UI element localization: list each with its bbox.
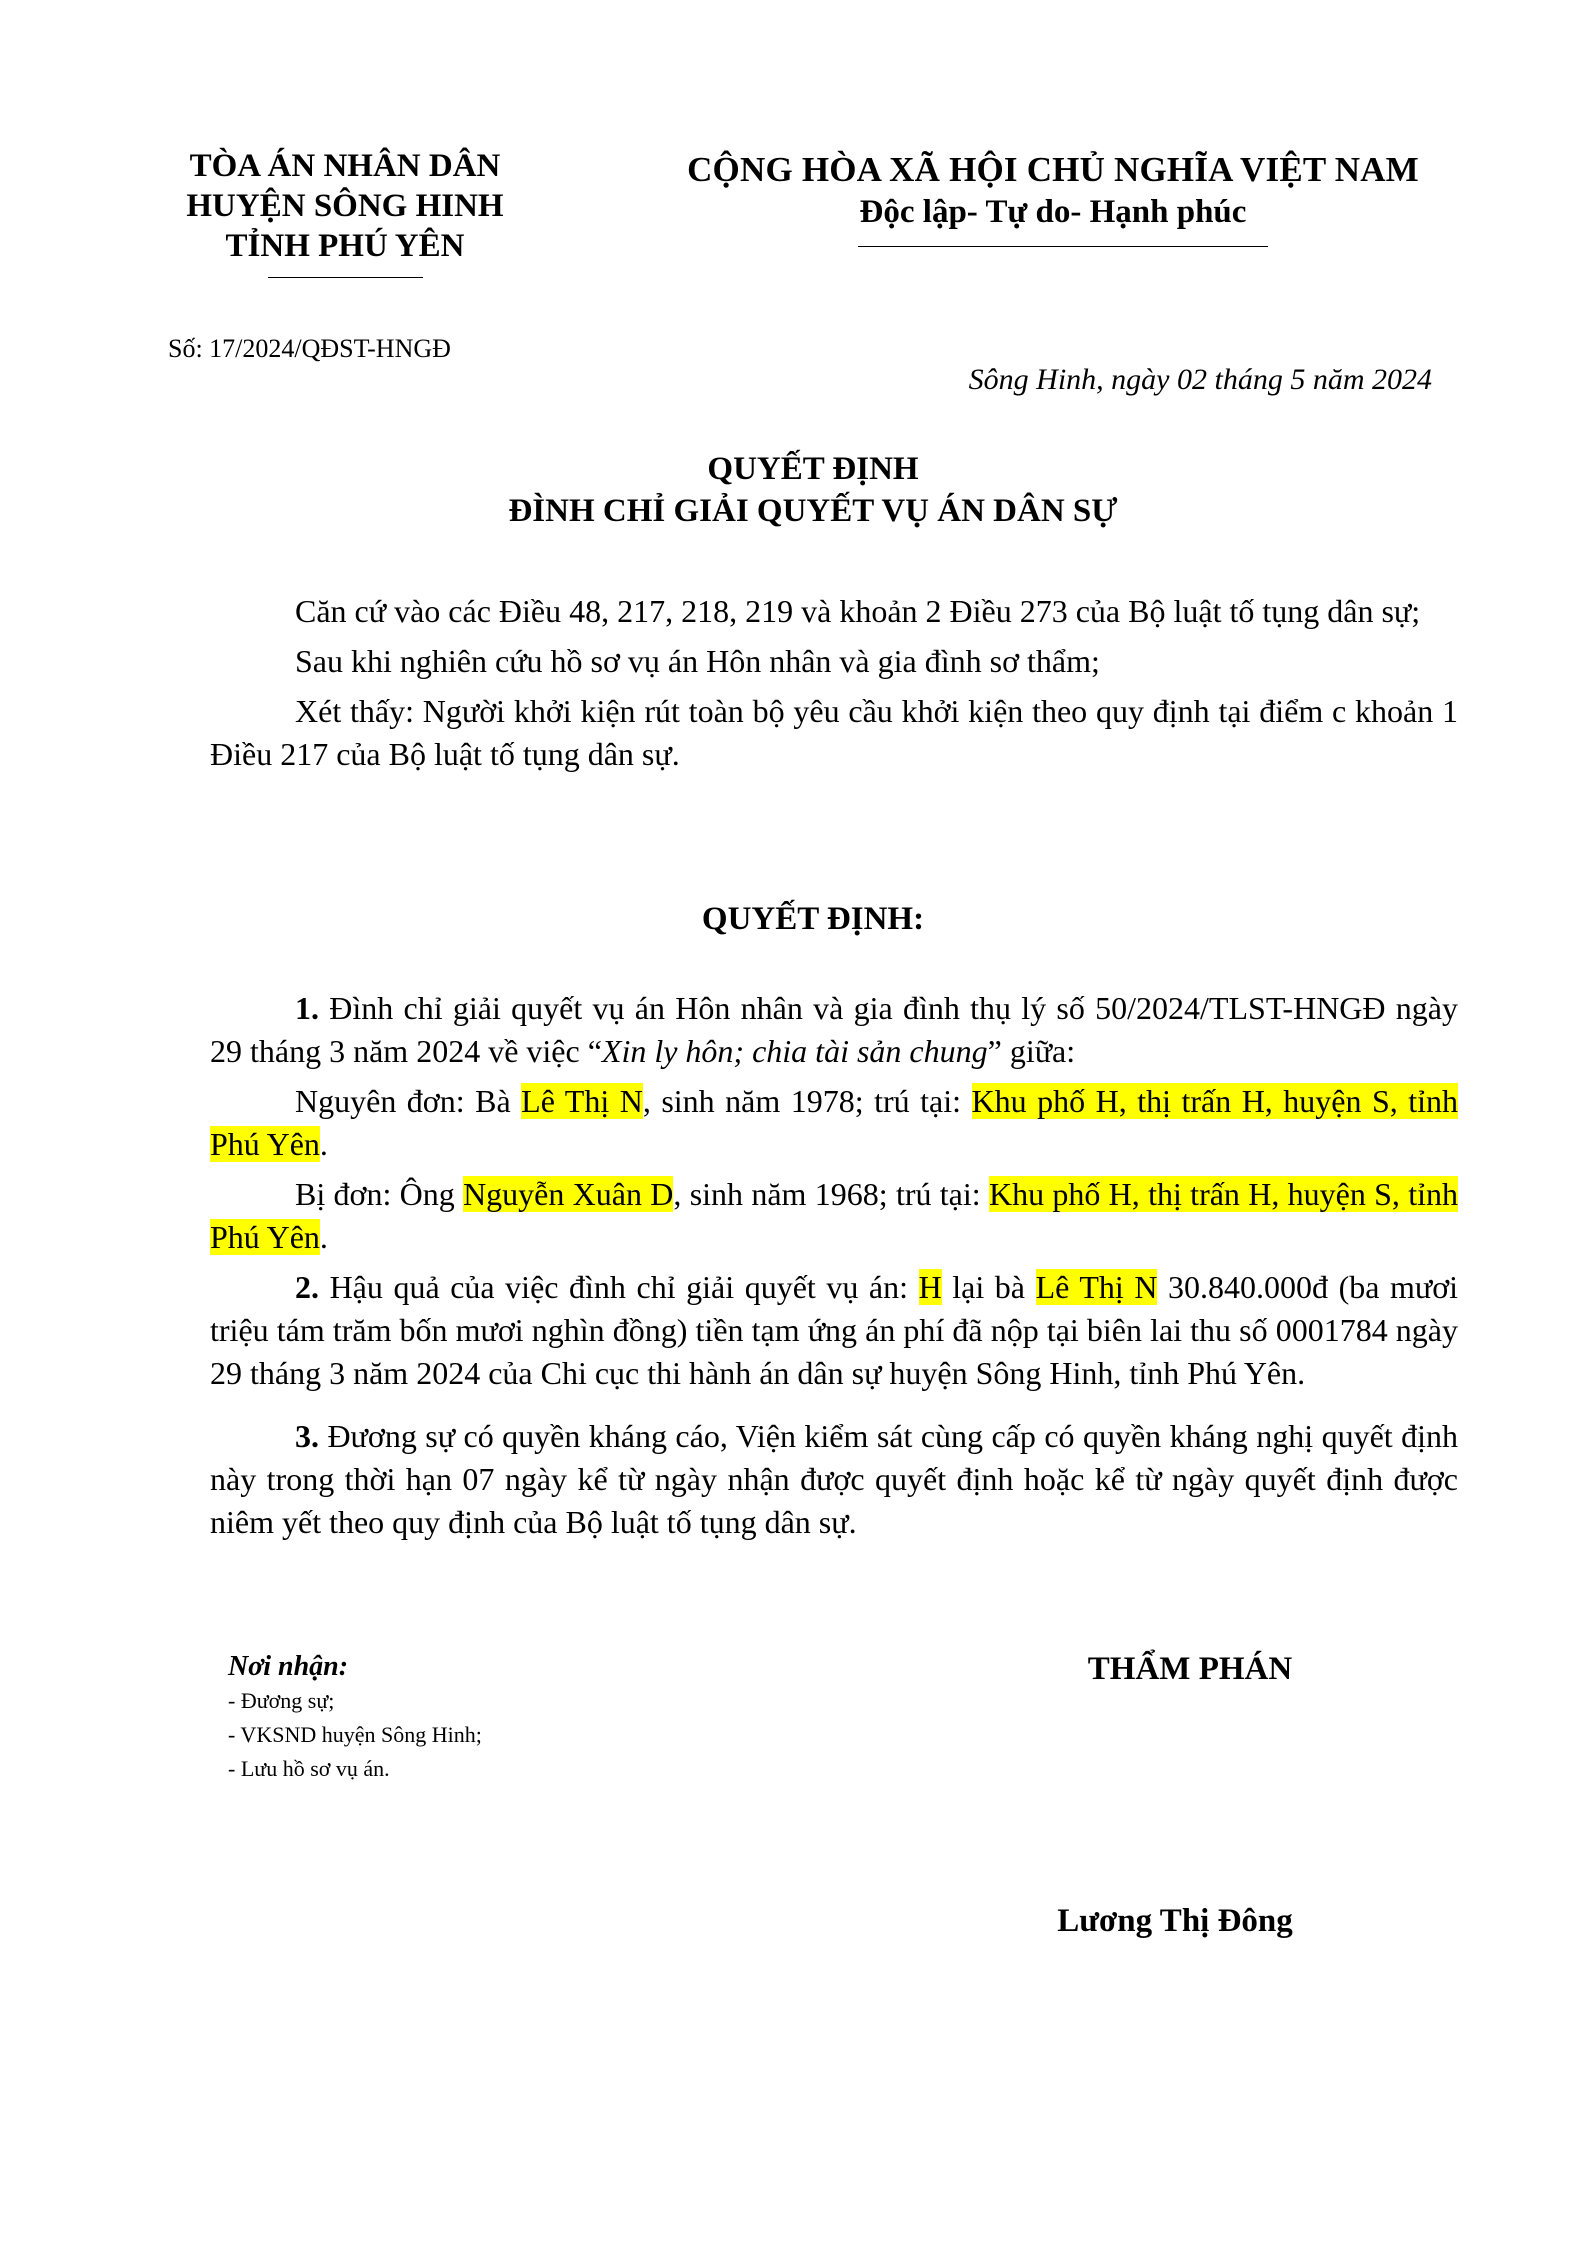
defendant-name: Nguyễn Xuân D bbox=[463, 1176, 673, 1212]
preamble-finding: Xét thấy: Người khởi kiện rút toàn bộ yê… bbox=[210, 690, 1458, 776]
plaintiff-end: . bbox=[320, 1126, 328, 1162]
plaintiff-name: Lê Thị N bbox=[521, 1083, 643, 1119]
plaintiff-label: Nguyên đơn: Bà bbox=[295, 1083, 521, 1119]
court-line-2: HUYỆN SÔNG HINH bbox=[150, 186, 540, 226]
preamble-review: Sau khi nghiên cứu hồ sơ vụ án Hôn nhân … bbox=[210, 640, 1458, 683]
defendant-line: Bị đơn: Ông Nguyễn Xuân D, sinh năm 1968… bbox=[210, 1173, 1458, 1259]
decision-item-3: 3. Đương sự có quyền kháng cáo, Viện kiể… bbox=[210, 1415, 1458, 1544]
case-subject: Xin ly hôn; chia tài sản chung bbox=[602, 1033, 988, 1069]
plaintiff-line: Nguyên đơn: Bà Lê Thị N, sinh năm 1978; … bbox=[210, 1080, 1458, 1166]
document-number: Số: 17/2024/QĐST-HNGĐ bbox=[168, 333, 451, 365]
place-date: Sông Hinh, ngày 02 tháng 5 năm 2024 bbox=[850, 360, 1432, 400]
recipient-item: - Đương sự; bbox=[228, 1684, 482, 1718]
court-underline bbox=[268, 277, 423, 278]
item-1-end: ” giữa: bbox=[988, 1033, 1076, 1069]
court-line-1: TÒA ÁN NHÂN DÂN bbox=[150, 146, 540, 186]
plaintiff-details: , sinh năm 1978; trú tại: bbox=[643, 1083, 972, 1119]
national-motto: Độc lập- Tự do- Hạnh phúc bbox=[648, 192, 1458, 232]
recipient-item: - VKSND huyện Sông Hinh; bbox=[228, 1718, 482, 1752]
decision-item-2: 2. Hậu quả của việc đình chỉ giải quyết … bbox=[210, 1266, 1458, 1395]
decision-item-1: 1. Đình chỉ giải quyết vụ án Hôn nhân và… bbox=[210, 987, 1458, 1073]
recipient-item: - Lưu hồ sơ vụ án. bbox=[228, 1752, 482, 1786]
recipients: Nơi nhận: - Đương sự; - VKSND huyện Sông… bbox=[228, 1650, 482, 1786]
item-3-number: 3. bbox=[295, 1418, 319, 1454]
document-subtitle: ĐÌNH CHỈ GIẢI QUYẾT VỤ ÁN DÂN SỰ bbox=[0, 490, 1586, 532]
decision-heading: QUYẾT ĐỊNH: bbox=[0, 898, 1586, 940]
item-2-highlight-1: H bbox=[919, 1269, 942, 1305]
preamble-legal-basis: Căn cứ vào các Điều 48, 217, 218, 219 và… bbox=[210, 590, 1458, 633]
item-3-text: Đương sự có quyền kháng cáo, Viện kiểm s… bbox=[210, 1418, 1458, 1540]
item-2-highlight-2: Lê Thị N bbox=[1036, 1269, 1158, 1305]
decision-body: 1. Đình chỉ giải quyết vụ án Hôn nhân và… bbox=[210, 987, 1458, 1544]
defendant-label: Bị đơn: Ông bbox=[295, 1176, 463, 1212]
item-2-number: 2. bbox=[295, 1269, 319, 1305]
item-1-number: 1. bbox=[295, 990, 319, 1026]
court-line-3: TỈNH PHÚ YÊN bbox=[150, 226, 540, 266]
item-2-text: Hậu quả của việc đình chỉ giải quyết vụ … bbox=[319, 1269, 919, 1305]
republic-heading: CỘNG HÒA XÃ HỘI CHỦ NGHĨA VIỆT NAM bbox=[648, 150, 1458, 190]
document-title: QUYẾT ĐỊNH bbox=[0, 448, 1586, 490]
defendant-details: , sinh năm 1968; trú tại: bbox=[673, 1176, 989, 1212]
item-2-mid: lại bà bbox=[942, 1269, 1036, 1305]
recipients-heading: Nơi nhận: bbox=[228, 1650, 482, 1684]
judge-title: THẨM PHÁN bbox=[1040, 1648, 1340, 1690]
court-name: TÒA ÁN NHÂN DÂN HUYỆN SÔNG HINH TỈNH PHÚ… bbox=[150, 146, 540, 266]
preamble: Căn cứ vào các Điều 48, 217, 218, 219 và… bbox=[210, 590, 1458, 776]
judge-name: Lương Thị Đông bbox=[1010, 1900, 1340, 1942]
motto-underline bbox=[858, 246, 1268, 247]
defendant-end: . bbox=[320, 1219, 328, 1255]
